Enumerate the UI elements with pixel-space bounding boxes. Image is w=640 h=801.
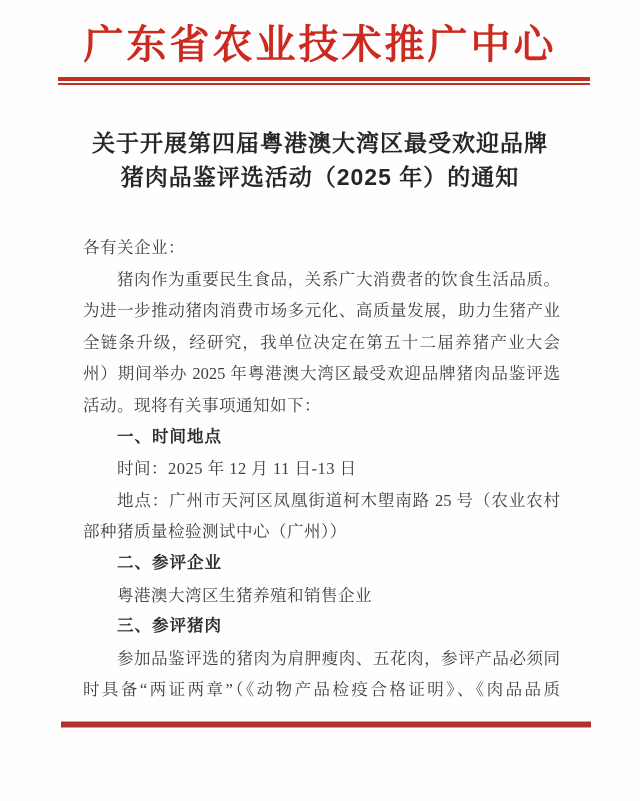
body-line: 时具备“两证两章”（《动物产品检疫合格证明》、《肉品品质	[83, 674, 560, 706]
document-body: 各有关企业：猪肉作为重要民生食品，关系广大消费者的饮食生活品质。为进一步推动猪肉…	[83, 232, 560, 706]
body-line: 时间：2025 年 12 月 11 日-13 日	[83, 453, 560, 485]
section-heading: 二、参评企业	[83, 548, 560, 580]
body-line: 活动。现将有关事项通知如下：	[83, 390, 560, 422]
body-line: 部种猪质量检验测试中心（广州））	[83, 516, 560, 548]
document-title-line: 猪肉品鉴评选活动（2025 年）的通知	[0, 160, 640, 194]
body-line: 为进一步推动猪肉消费市场多元化、高质量发展，助力生猪产业	[83, 295, 560, 327]
body-line: 地点：广州市天河区凤凰街道柯木塱南路 25 号（农业农村	[83, 485, 560, 517]
document-title: 关于开展第四届粤港澳大湾区最受欢迎品牌 猪肉品鉴评选活动（2025 年）的通知	[0, 126, 640, 194]
body-line: 州）期间举办 2025 年粤港澳大湾区最受欢迎品牌猪肉品鉴评选	[83, 358, 560, 390]
section-heading: 三、参评猪肉	[83, 611, 560, 643]
body-line: 粤港澳大湾区生猪养殖和销售企业	[83, 580, 560, 612]
section-heading: 一、时间地点	[83, 422, 560, 454]
document-title-line: 关于开展第四届粤港澳大湾区最受欢迎品牌	[0, 126, 640, 160]
letterhead-org-name: 广东省农业技术推广中心	[0, 22, 640, 68]
letterhead-divider-thick	[58, 77, 590, 81]
letterhead-divider-thin	[58, 83, 590, 85]
body-line: 猪肉作为重要民生食品，关系广大消费者的饮食生活品质。	[83, 264, 560, 296]
body-line: 全链条升级，经研究，我单位决定在第五十二届养猪产业大会（广	[83, 327, 560, 359]
body-line: 各有关企业：	[83, 232, 560, 264]
notice-page: 广东省农业技术推广中心 关于开展第四届粤港澳大湾区最受欢迎品牌 猪肉品鉴评选活动…	[0, 0, 640, 801]
body-line: 参加品鉴评选的猪肉为肩胛瘦肉、五花肉，参评产品必须同	[83, 643, 560, 675]
footer-divider	[61, 722, 591, 727]
